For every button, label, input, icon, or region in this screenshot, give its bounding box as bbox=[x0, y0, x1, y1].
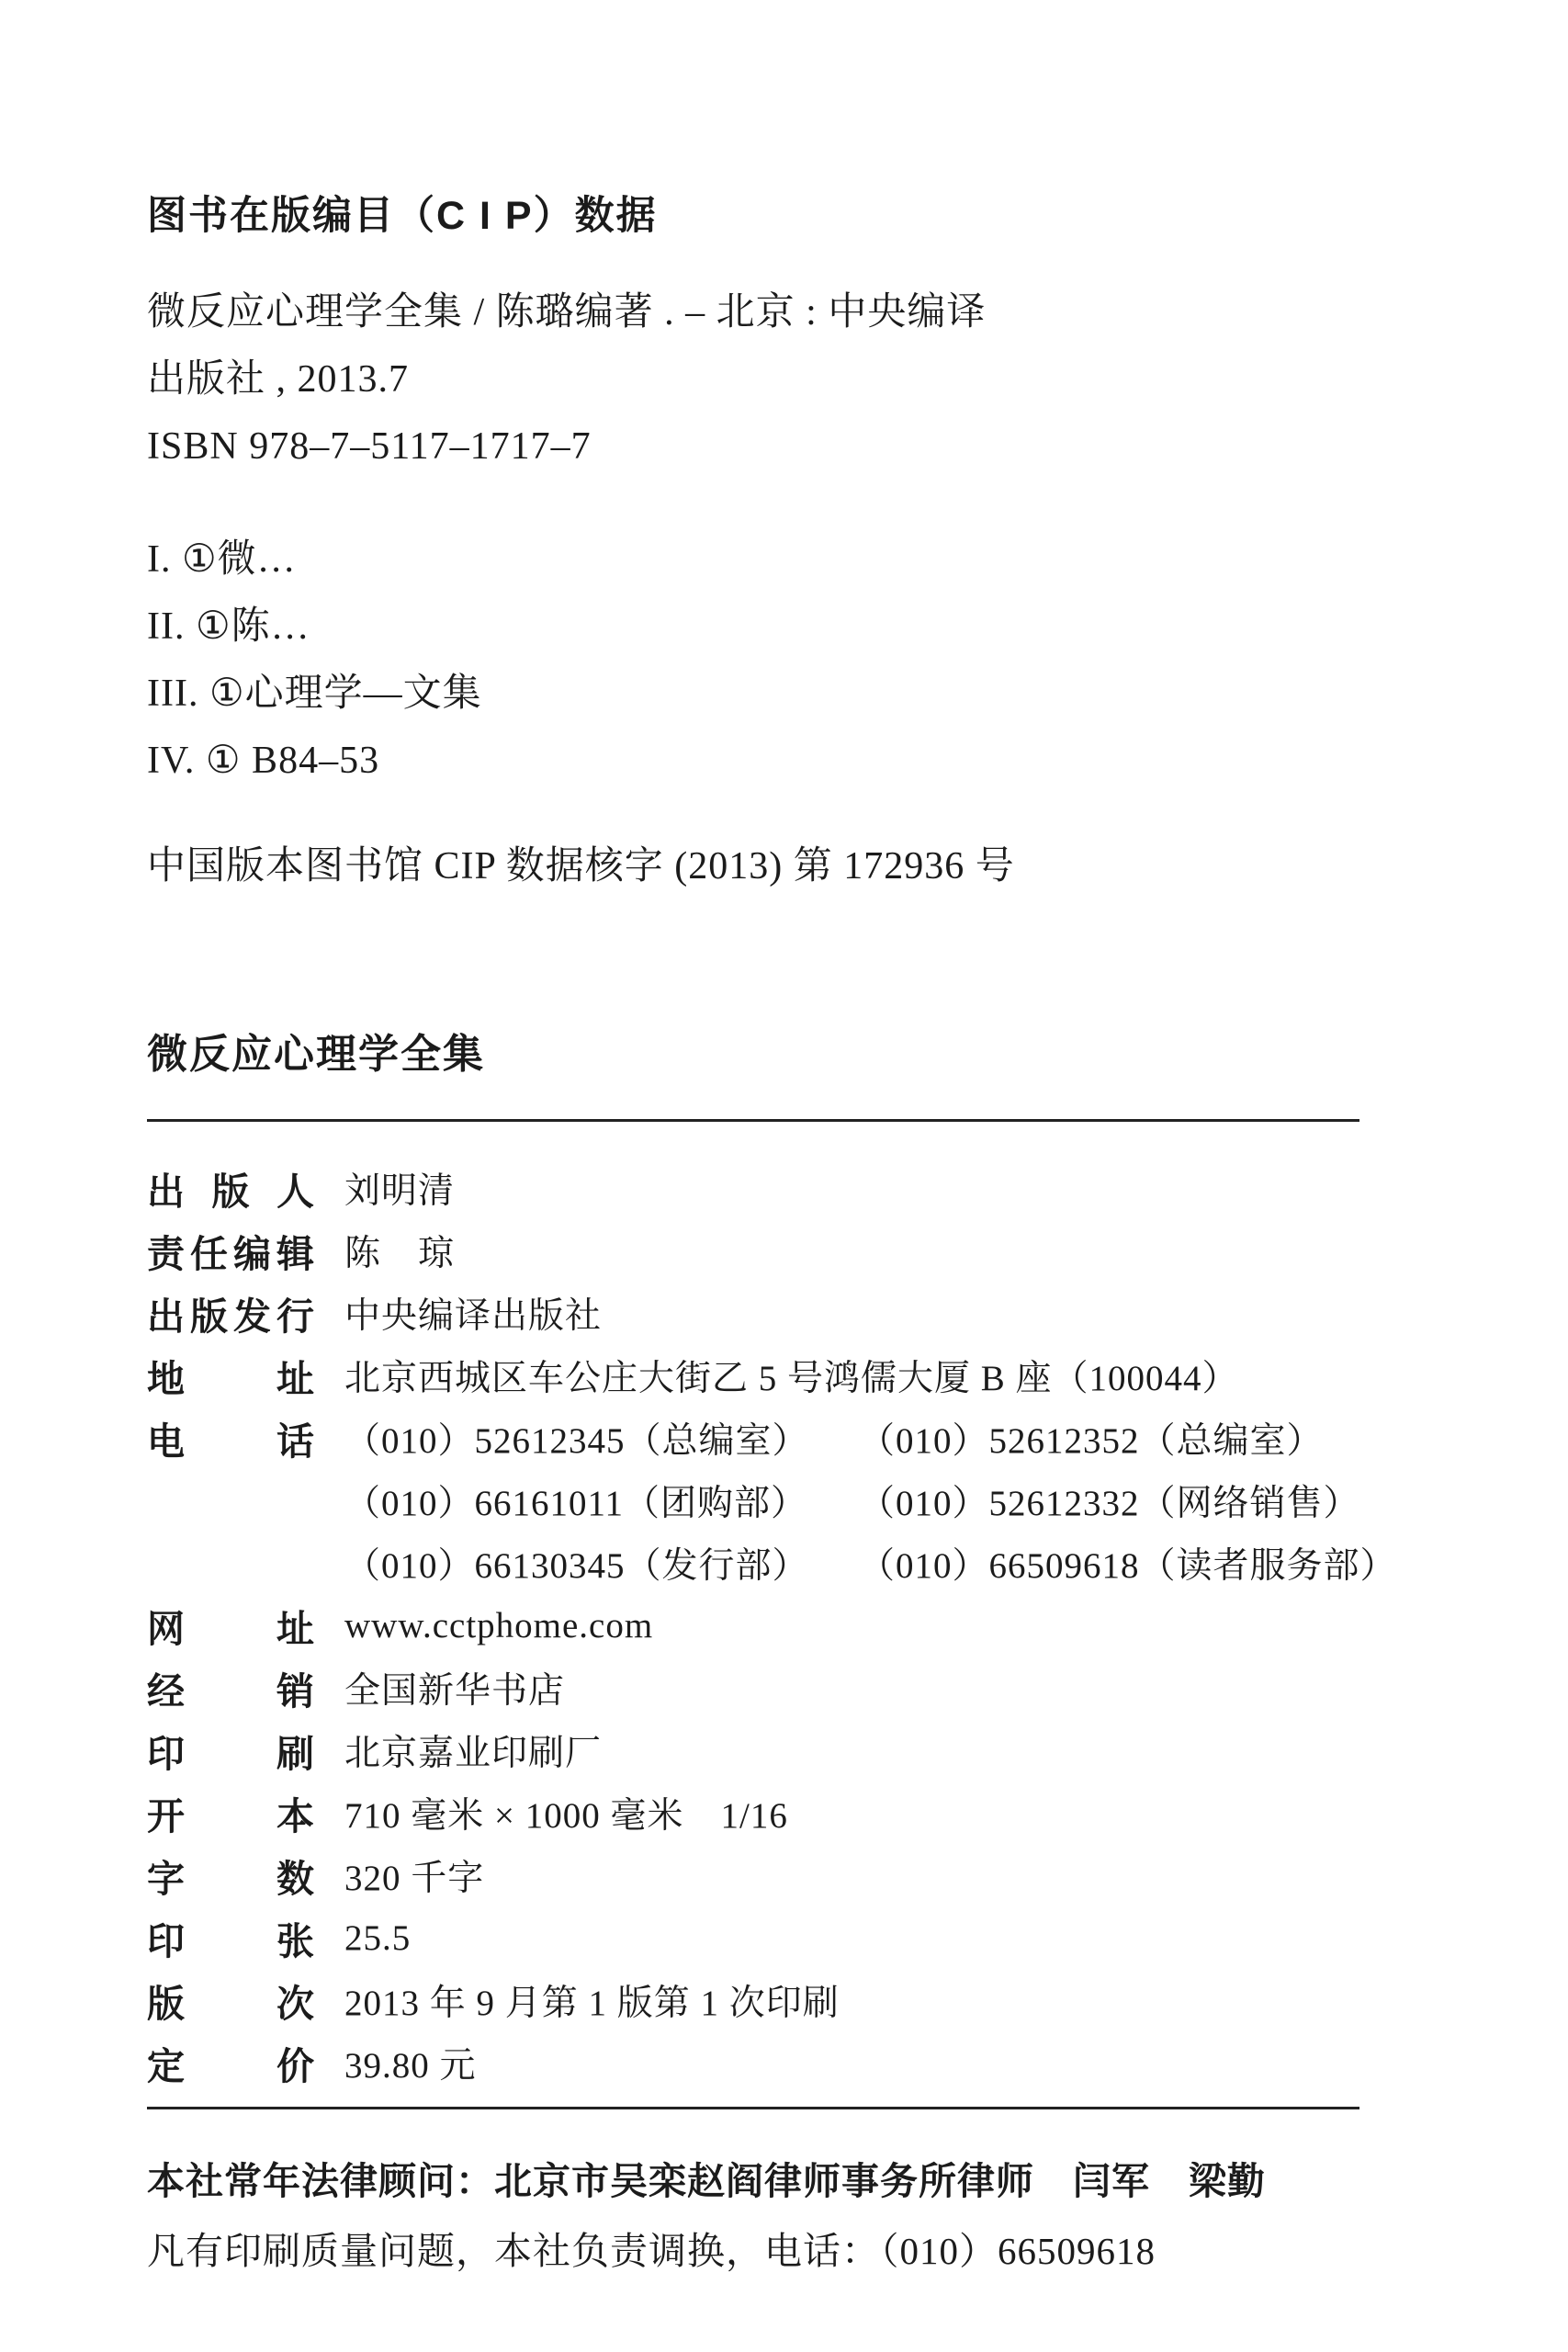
colophon-row-phone-3: （010）66130345（发行部） （010）66509618（读者服务部） bbox=[147, 1532, 1513, 1594]
phone-entry: （010）66130345（发行部） bbox=[344, 1537, 859, 1589]
colophon-row-sheets: 印张 25.5 bbox=[147, 1906, 1513, 1969]
colophon-row-word-count: 字数 320 千字 bbox=[147, 1844, 1513, 1906]
row-label: 电话 bbox=[147, 1411, 314, 1465]
row-value: 320 千字 bbox=[344, 1849, 484, 1901]
row-label: 印张 bbox=[147, 1911, 314, 1965]
divider-rule-top bbox=[147, 1119, 1359, 1122]
colophon-row-phone-1: 电话 （010）52612345（总编室） （010）52612352（总编室） bbox=[147, 1407, 1513, 1469]
row-value: 中央编译出版社 bbox=[344, 1287, 602, 1339]
legal-counsel-line: 本社常年法律顾问：北京市吴栾赵阎律师事务所律师 闫军 梁勤 bbox=[147, 2146, 1513, 2216]
row-label: 印刷 bbox=[147, 1724, 314, 1778]
row-label: 开本 bbox=[147, 1786, 314, 1840]
legal-footer: 本社常年法律顾问：北京市吴栾赵阎律师事务所律师 闫军 梁勤 凡有印刷质量问题，本… bbox=[147, 2146, 1513, 2286]
classification-line: IV. ① B84–53 bbox=[147, 728, 1513, 795]
colophon-row-edition: 版次 2013 年 9 月第 1 版第 1 次印刷 bbox=[147, 1969, 1513, 2031]
row-label: 定价 bbox=[147, 2036, 314, 2090]
row-label: 字数 bbox=[147, 1849, 314, 1903]
row-label: 经销 bbox=[147, 1661, 314, 1715]
quality-notice-line: 凡有印刷质量问题，本社负责调换，电话：（010）66509618 bbox=[147, 2216, 1513, 2286]
row-value: 39.80 元 bbox=[344, 2037, 477, 2088]
colophon-row-format: 开本 710 毫米 × 1000 毫米 1/16 bbox=[147, 1781, 1513, 1844]
cip-line: 微反应心理学全集 / 陈璐编著 . – 北京 : 中央编译 bbox=[147, 279, 1513, 346]
cip-line: 出版社 , 2013.7 bbox=[147, 346, 1513, 413]
row-label: 版次 bbox=[147, 1973, 314, 2028]
row-label: 责任编辑 bbox=[147, 1224, 314, 1278]
cip-header: 图书在版编目（C I P）数据 bbox=[147, 195, 1513, 237]
row-value: 北京西城区车公庄大街乙 5 号鸿儒大厦 B 座（100044） bbox=[344, 1350, 1239, 1401]
colophon-row-publisher-person: 出版人 刘明清 bbox=[147, 1157, 1513, 1219]
row-value: 25.5 bbox=[344, 1917, 411, 1959]
classification-line: III. ①心理学—文集 bbox=[147, 661, 1513, 728]
row-label: 地址 bbox=[147, 1349, 314, 1403]
cip-registry-line: 中国版本图书馆 CIP 数据核字 (2013) 第 172936 号 bbox=[147, 833, 1513, 900]
colophon-row-publisher: 出版发行 中央编译出版社 bbox=[147, 1282, 1513, 1344]
row-value: 710 毫米 × 1000 毫米 1/16 bbox=[344, 1787, 788, 1838]
classification-line: II. ①陈… bbox=[147, 594, 1513, 661]
cip-description-block: 微反应心理学全集 / 陈璐编著 . – 北京 : 中央编译 出版社 , 2013… bbox=[147, 279, 1513, 481]
phone-entry: （010）52612345（总编室） bbox=[344, 1412, 859, 1464]
row-value: 北京嘉业印刷厂 bbox=[344, 1724, 602, 1776]
phone-entry: （010）52612332（网络销售） bbox=[859, 1475, 1360, 1526]
phone-entry: （010）52612352（总编室） bbox=[859, 1412, 1324, 1464]
row-label: 网址 bbox=[147, 1599, 314, 1653]
colophon-row-phone-2: （010）66161011（团购部） （010）52612332（网络销售） bbox=[147, 1469, 1513, 1532]
row-label: 出版发行 bbox=[147, 1286, 314, 1340]
row-value: 2013 年 9 月第 1 版第 1 次印刷 bbox=[344, 1974, 840, 2026]
colophon-row-printing: 印刷 北京嘉业印刷厂 bbox=[147, 1719, 1513, 1781]
colophon-row-address: 地址 北京西城区车公庄大街乙 5 号鸿儒大厦 B 座（100044） bbox=[147, 1344, 1513, 1407]
cip-classification-block: I. ①微… II. ①陈… III. ①心理学—文集 IV. ① B84–53 bbox=[147, 526, 1513, 795]
colophon-table: 出版人 刘明清 责任编辑 陈 琼 出版发行 中央编译出版社 地址 北京西城区车公… bbox=[147, 1157, 1513, 2094]
colophon-row-price: 定价 39.80 元 bbox=[147, 2031, 1513, 2094]
phone-entry: （010）66509618（读者服务部） bbox=[859, 1537, 1397, 1589]
colophon-row-website: 网址 www.cctphome.com bbox=[147, 1594, 1513, 1657]
row-value: 刘明清 bbox=[344, 1162, 455, 1214]
cip-line-isbn: ISBN 978–7–5117–1717–7 bbox=[147, 413, 1513, 481]
book-title: 微反应心理学全集 bbox=[147, 1029, 1513, 1080]
classification-line: I. ①微… bbox=[147, 526, 1513, 594]
website-url: www.cctphome.com bbox=[344, 1605, 653, 1646]
divider-rule-bottom bbox=[147, 2107, 1359, 2109]
copyright-page: 图书在版编目（C I P）数据 微反应心理学全集 / 陈璐编著 . – 北京 :… bbox=[0, 0, 1568, 2352]
colophon-row-editor: 责任编辑 陈 琼 bbox=[147, 1219, 1513, 1282]
phone-entry: （010）66161011（团购部） bbox=[344, 1475, 859, 1526]
colophon-row-distribution: 经销 全国新华书店 bbox=[147, 1657, 1513, 1719]
row-value: 全国新华书店 bbox=[344, 1662, 565, 1713]
row-value: 陈 琼 bbox=[344, 1225, 455, 1276]
row-label: 出版人 bbox=[147, 1161, 314, 1216]
